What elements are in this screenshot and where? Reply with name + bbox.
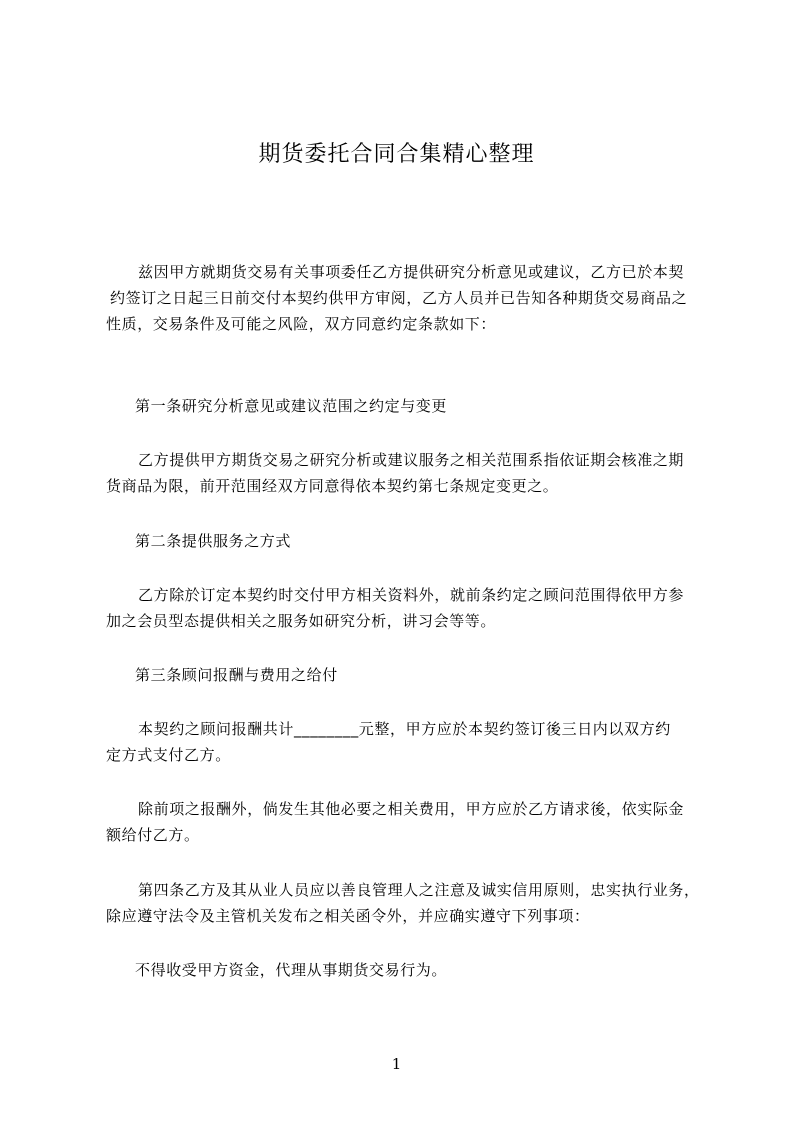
paragraph-line: 约签订之日起三日前交付本契约供甲方审阅，乙方人员并已告知各种期货交易商品之: [106, 285, 706, 311]
article-4-paragraph: 第四条乙方及其从业人员应以善良管理人之注意及诚实信用原则，忠实执行业务， 除应遵…: [106, 877, 706, 929]
document-title: 期货委托合同合集精心整理: [0, 140, 793, 170]
article-1-heading: 第一条研究分析意见或建议范围之约定与变更: [106, 393, 706, 419]
article-3-paragraph-1: 本契约之顾问报酬共计________元整，甲方应於本契约签订後三日内以双方约 定…: [106, 716, 706, 768]
paragraph-line: 兹因甲方就期货交易有关事项委任乙方提供研究分析意见或建议，乙方已於本契: [106, 259, 706, 285]
section-heading: 第一条研究分析意见或建议范围之约定与变更: [106, 393, 706, 419]
paragraph-line: 乙方提供甲方期货交易之研究分析或建议服务之相关范围系指依证期会核准之期: [106, 447, 706, 473]
paragraph-line: 除应遵守法令及主管机关发布之相关函令外，并应确实遵守下列事项：: [106, 903, 706, 929]
section-heading: 第三条顾问报酬与费用之给付: [106, 662, 706, 688]
section-heading: 第二条提供服务之方式: [106, 528, 706, 554]
article-3-heading: 第三条顾问报酬与费用之给付: [106, 662, 706, 688]
paragraph-line: 除前项之报酬外，倘发生其他必要之相关费用，甲方应於乙方请求後，依实际金: [106, 796, 706, 822]
paragraph-line: 性质，交易条件及可能之风险，双方同意约定条款如下：: [106, 311, 706, 337]
intro-paragraph: 兹因甲方就期货交易有关事项委任乙方提供研究分析意见或建议，乙方已於本契 约签订之…: [106, 259, 706, 337]
list-item: 不得收受甲方资金，代理从事期货交易行为。: [106, 957, 706, 983]
paragraph-line: 本契约之顾问报酬共计________元整，甲方应於本契约签订後三日内以双方约: [106, 716, 706, 742]
article-2-paragraph: 乙方除於订定本契约时交付甲方相关资料外，就前条约定之顾问范围得依甲方参 加之会员…: [106, 582, 706, 634]
paragraph-line: 货商品为限，前开范围经双方同意得依本契约第七条规定变更之。: [106, 473, 706, 499]
paragraph-line: 加之会员型态提供相关之服务如研究分析，讲习会等等。: [106, 608, 706, 634]
paragraph-line: 乙方除於订定本契约时交付甲方相关资料外，就前条约定之顾问范围得依甲方参: [106, 582, 706, 608]
document-page: 期货委托合同合集精心整理 兹因甲方就期货交易有关事项委任乙方提供研究分析意见或建…: [0, 0, 793, 1122]
page-number: 1: [0, 1054, 793, 1074]
article-1-paragraph: 乙方提供甲方期货交易之研究分析或建议服务之相关范围系指依证期会核准之期 货商品为…: [106, 447, 706, 499]
article-4-item-1: 不得收受甲方资金，代理从事期货交易行为。: [106, 957, 706, 983]
paragraph-line: 额给付乙方。: [106, 822, 706, 848]
article-3-paragraph-2: 除前项之报酬外，倘发生其他必要之相关费用，甲方应於乙方请求後，依实际金 额给付乙…: [106, 796, 706, 848]
paragraph-line: 第四条乙方及其从业人员应以善良管理人之注意及诚实信用原则，忠实执行业务，: [106, 877, 706, 903]
article-2-heading: 第二条提供服务之方式: [106, 528, 706, 554]
paragraph-line: 定方式支付乙方。: [106, 742, 706, 768]
